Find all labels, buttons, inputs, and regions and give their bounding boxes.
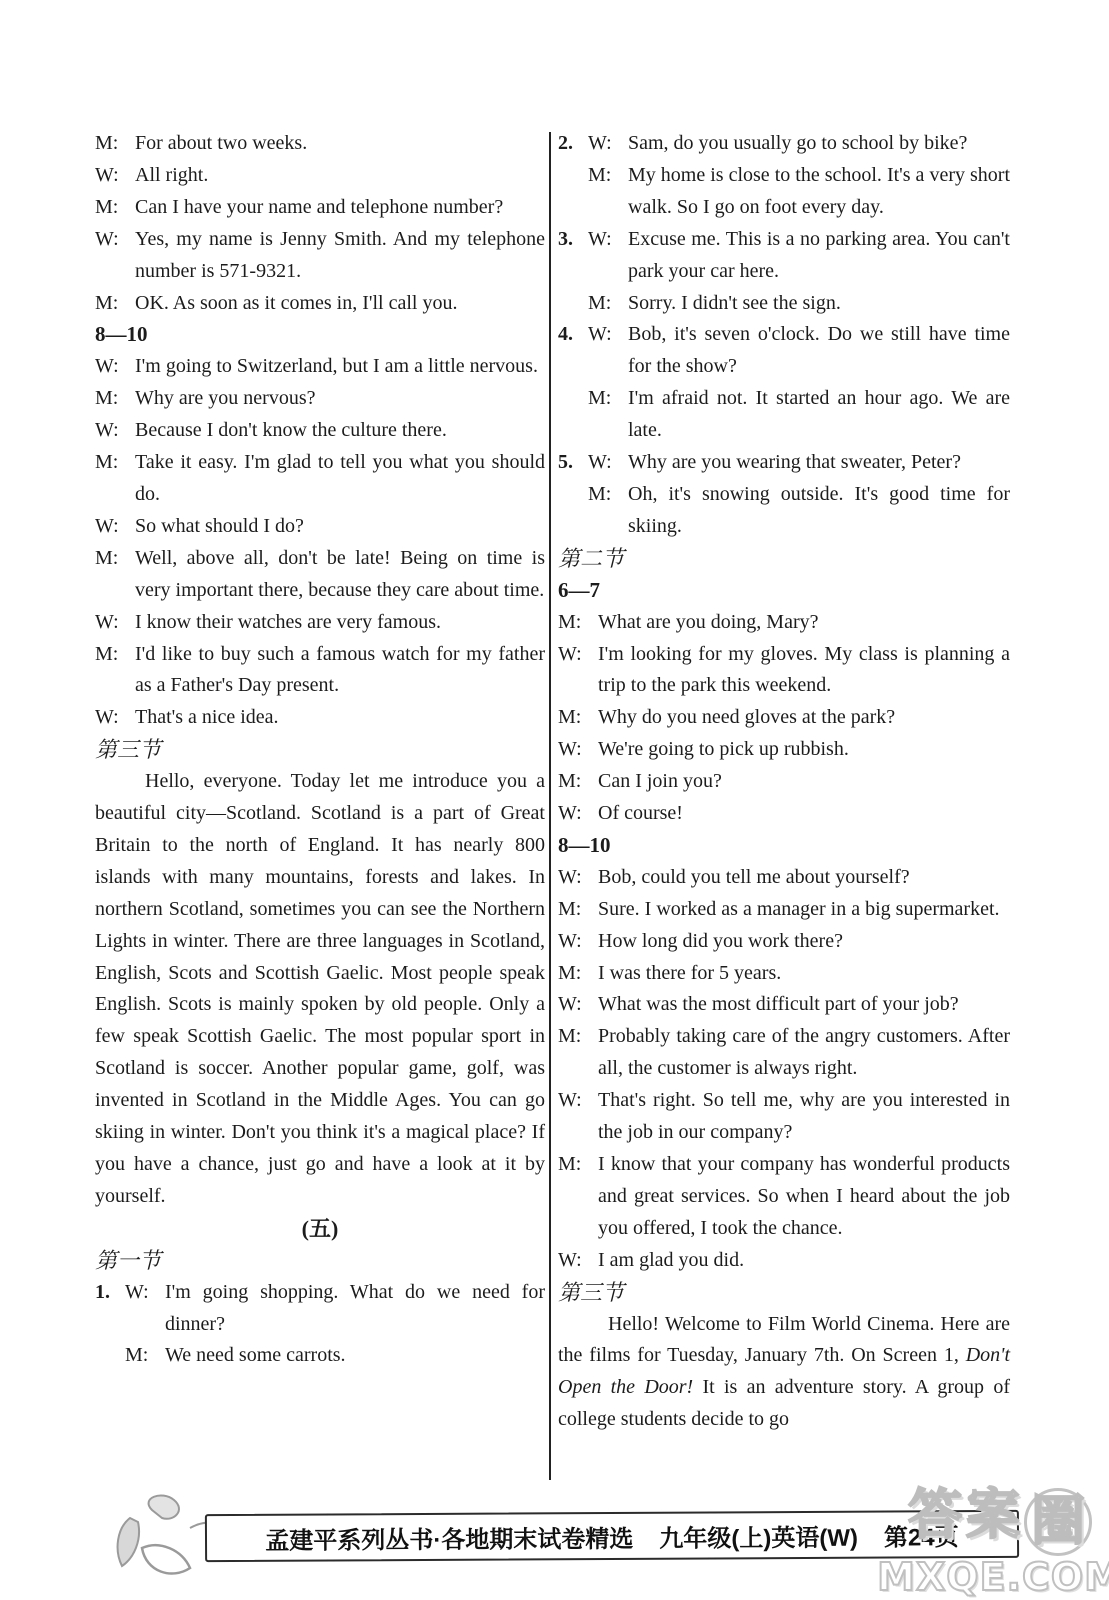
speaker-label: M: [558,702,598,734]
text-run: Sure. I worked as a manager in a big sup… [598,898,1000,920]
text-run: I know their watches are very famous. [135,611,441,633]
speaker-label: M: [95,288,135,320]
speaker-label: M: [95,192,135,224]
range-heading: 6—7 [558,575,1010,607]
dialogue-line: W:We're going to pick up rubbish. [558,734,1010,766]
text-run: 第三节 [95,737,161,762]
item-number: 1. [95,1277,125,1309]
dialogue-line-numbered: 1.W:I'm going shopping. What do we need … [95,1277,545,1341]
dialogue-line: W:All right. [95,160,545,192]
speaker-label: W: [558,1085,598,1117]
dialogue-line: M:Can I join you? [558,766,1010,798]
text-run: Oh, it's snowing outside. It's good time… [628,483,1010,537]
dialogue-line: M:Why are you nervous? [95,383,545,415]
dialogue-line-numbered: 5.W:Why are you wearing that sweater, Pe… [558,447,1010,479]
text-run: I'm looking for my gloves. My class is p… [598,643,1010,697]
text-run: Because I don't know the culture there. [135,419,447,441]
item-number: 2. [558,128,588,160]
text-run: Why do you need gloves at the park? [598,706,895,728]
right-column: 2.W:Sam, do you usually go to school by … [558,128,1010,1436]
speaker-label: W: [558,926,598,958]
text-run: Why are you nervous? [135,387,316,409]
speaker-label: W: [95,415,135,447]
left-column: M:For about two weeks.W:All right.M:Can … [95,128,545,1372]
paragraph: Hello, everyone. Today let me introduce … [95,766,545,1213]
watermark-char-circled: 圈 [1024,1488,1092,1556]
dialogue-line: W:I know their watches are very famous. [95,607,545,639]
speaker-label: W: [95,160,135,192]
speaker-label: W: [588,128,628,160]
speaker-label: M: [125,1340,165,1372]
text-run: 第一节 [95,1248,161,1273]
speaker-label: W: [558,989,598,1021]
speaker-label: M: [558,766,598,798]
text-run: My home is close to the school. It's a v… [628,164,1010,218]
dialogue-line-numbered: 2.W:Sam, do you usually go to school by … [558,128,1010,160]
speaker-label: M: [558,1021,598,1053]
speaker-label: M: [558,894,598,926]
text-run: I'd like to buy such a famous watch for … [135,643,545,697]
text-run: 8—10 [558,833,611,857]
dialogue-line: M:For about two weeks. [95,128,545,160]
text-run: Well, above all, don't be late! Being on… [135,547,545,601]
text-run: Hello, everyone. Today let me introduce … [95,770,545,1207]
dialogue-line: M:OK. As soon as it comes in, I'll call … [95,288,545,320]
dialogue-line: W:I'm going to Switzerland, but I am a l… [95,351,545,383]
dialogue-line: M:Take it easy. I'm glad to tell you wha… [95,447,545,511]
text-run: 6—7 [558,578,600,602]
text-run: I'm afraid not. It started an hour ago. … [628,387,1010,441]
text-run: Take it easy. I'm glad to tell you what … [135,451,545,505]
text-run: OK. As soon as it comes in, I'll call yo… [135,292,457,314]
text-run: Why are you wearing that sweater, Peter? [628,451,961,473]
text-run: All right. [135,164,208,186]
dialogue-line: W:Because I don't know the culture there… [95,415,545,447]
dialogue-line: M:I know that your company has wonderful… [558,1149,1010,1245]
dialogue-line: W:I am glad you did. [558,1245,1010,1277]
paragraph: Hello! Welcome to Film World Cinema. Her… [558,1309,1010,1437]
speaker-label: W: [558,798,598,830]
text-run: Bob, could you tell me about yourself? [598,866,910,888]
text-run: 第二节 [558,546,624,571]
speaker-label: W: [588,224,628,256]
speaker-label: M: [588,479,628,511]
text-run: Can I have your name and telephone numbe… [135,196,503,218]
text-run: 第三节 [558,1280,624,1305]
speaker-label: M: [588,160,628,192]
dialogue-line: M:We need some carrots. [95,1340,545,1372]
speaker-label: W: [95,607,135,639]
speaker-label: M: [558,958,598,990]
text-run: I'm going to Switzerland, but I am a lit… [135,355,538,377]
dialogue-line: W:That's right. So tell me, why are you … [558,1085,1010,1149]
text-run: That's a nice idea. [135,706,279,728]
text-run: Can I join you? [598,770,722,792]
speaker-label: W: [558,734,598,766]
speaker-label: M: [95,128,135,160]
text-run: Hello! Welcome to Film World Cinema. Her… [558,1313,1010,1367]
item-number: 4. [558,319,588,351]
speaker-label: W: [95,702,135,734]
dialogue-line-numbered: 4.W:Bob, it's seven o'clock. Do we still… [558,319,1010,383]
dialogue-line: M:Sorry. I didn't see the sign. [558,288,1010,320]
text-run: Probably taking care of the angry custom… [598,1025,1010,1079]
text-run: I am glad you did. [598,1249,744,1271]
range-heading: 8—10 [95,319,545,351]
speaker-label: M: [588,288,628,320]
dialogue-line: M:I'd like to buy such a famous watch fo… [95,639,545,703]
dialogue-line: M:I was there for 5 years. [558,958,1010,990]
speaker-label: W: [125,1277,165,1309]
speaker-label: W: [588,319,628,351]
text-run: We need some carrots. [165,1344,346,1366]
item-number: 5. [558,447,588,479]
section-heading-cn: 第三节 [558,1277,1010,1309]
dialogue-line: M:Probably taking care of the angry cust… [558,1021,1010,1085]
item-number: 3. [558,224,588,256]
footer-series-title: 孟建平系列丛书·各地期末试卷精选 [265,1518,633,1555]
speaker-label: W: [95,351,135,383]
speaker-label: W: [95,224,135,256]
watermark-char: 案 [966,1483,1024,1546]
dialogue-line: M:Sure. I worked as a manager in a big s… [558,894,1010,926]
dialogue-line: M:Why do you need gloves at the park? [558,702,1010,734]
answer-site-watermark: 答案圈 MXQE.COM [877,1488,1109,1596]
text-run: Sorry. I didn't see the sign. [628,292,841,314]
speaker-label: M: [558,1149,598,1181]
dialogue-line: M:Oh, it's snowing outside. It's good ti… [558,479,1010,543]
speaker-label: M: [558,607,598,639]
speaker-label: W: [558,639,598,671]
speaker-label: M: [95,383,135,415]
dialogue-line: M:Can I have your name and telephone num… [95,192,545,224]
dialogue-line: M:What are you doing, Mary? [558,607,1010,639]
watermark-url: MXQE.COM [877,1558,1109,1596]
text-run: What was the most difficult part of your… [598,993,959,1015]
text-run: What are you doing, Mary? [598,611,818,633]
dialogue-line: W:What was the most difficult part of yo… [558,989,1010,1021]
dialogue-line: W:Of course! [558,798,1010,830]
section-heading-cn: 第一节 [95,1245,545,1277]
watermark-logo-text: 答案圈 [877,1488,1109,1556]
speaker-label: M: [588,383,628,415]
section-heading-cn: 第二节 [558,543,1010,575]
text-run: Of course! [598,802,683,824]
speaker-label: M: [95,639,135,671]
dialogue-line-numbered: 3.W:Excuse me. This is a no parking area… [558,224,1010,288]
speaker-label: W: [588,447,628,479]
speaker-label: W: [558,862,598,894]
speaker-label: M: [95,543,135,575]
text-run: We're going to pick up rubbish. [598,738,849,760]
text-run: I'm going shopping. What do we need for … [165,1281,545,1335]
dialogue-line: W:So what should I do? [95,511,545,543]
dialogue-line: M:My home is close to the school. It's a… [558,160,1010,224]
dialogue-line: W:Bob, could you tell me about yourself? [558,862,1010,894]
text-run: So what should I do? [135,515,304,537]
text-run: Excuse me. This is a no parking area. Yo… [628,228,1010,282]
text-run: Bob, it's seven o'clock. Do we still hav… [628,323,1010,377]
text-run: That's right. So tell me, why are you in… [598,1089,1010,1143]
watermark-char: 答 [908,1483,966,1546]
part-heading: (五) [95,1213,545,1245]
range-heading: 8—10 [558,830,1010,862]
column-divider-rule [549,132,551,1480]
section-heading-cn: 第三节 [95,734,545,766]
dialogue-line: W:Yes, my name is Jenny Smith. And my te… [95,224,545,288]
dialogue-line: M:I'm afraid not. It started an hour ago… [558,383,1010,447]
text-run: How long did you work there? [598,930,843,952]
text-run: I know that your company has wonderful p… [598,1153,1010,1239]
speaker-label: M: [95,447,135,479]
text-run: (五) [302,1216,339,1241]
text-run: Yes, my name is Jenny Smith. And my tele… [135,228,545,282]
dialogue-line: M:Well, above all, don't be late! Being … [95,543,545,607]
footer-edition-label: 九年级(上)英语(W) [659,1517,858,1553]
dialogue-line: W:I'm looking for my gloves. My class is… [558,639,1010,703]
dialogue-line: W:How long did you work there? [558,926,1010,958]
text-run: Sam, do you usually go to school by bike… [628,132,967,154]
text-run: 8—10 [95,322,148,346]
text-run: I was there for 5 years. [598,962,781,984]
speaker-label: W: [558,1245,598,1277]
dialogue-line: W:That's a nice idea. [95,702,545,734]
text-run: For about two weeks. [135,132,307,154]
speaker-label: W: [95,511,135,543]
